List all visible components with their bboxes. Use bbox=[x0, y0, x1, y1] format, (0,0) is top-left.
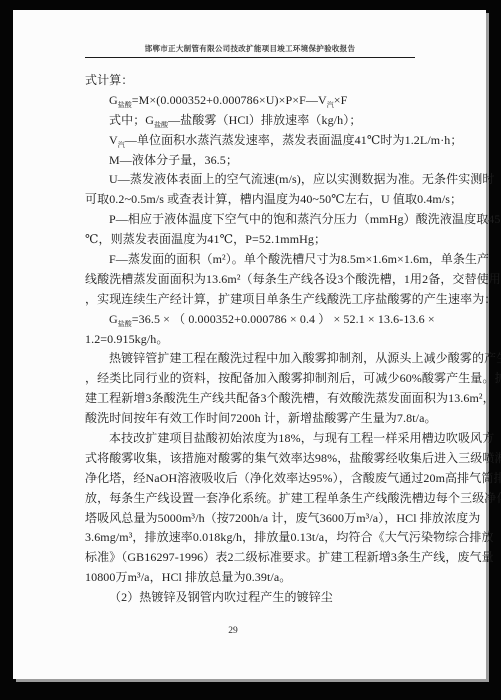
text-run: 放，每条生产线设置一套净化系统。扩建工程单条生产线酸洗槽边每个三级净化 bbox=[85, 491, 501, 505]
text-line: 酸洗时间按年有效工作时间7200h 计，新增盐酸雾产生量为7.8t/a。 bbox=[85, 409, 459, 429]
page-number: 29 bbox=[203, 626, 263, 636]
text-run: 本技改扩建项目盐酸初始浓度为18%，与现有工程一样采用槽边吹吸风方 bbox=[109, 431, 494, 445]
text-line: 线酸洗槽蒸发面面积为13.6m²（每条生产线各设3个酸洗槽，1用2备，交替使用 bbox=[85, 270, 459, 290]
text-line: P—相应于液体温度下空气中的饱和蒸汽分压力（mmHg）酸洗液温度取45 bbox=[85, 210, 459, 230]
text-run: （2）热镀锌及钢管内吹过程产生的镀锌尘 bbox=[109, 590, 333, 604]
text-run: ℃，则蒸发表面温度为41℃，P=52.1mmHg； bbox=[85, 232, 326, 246]
text-line: 塔吸风总量为5000m³/h（按7200h/a 计，废气3600万m³/a），H… bbox=[85, 509, 459, 529]
text-run: 酸洗时间按年有效工作时间7200h 计，新增盐酸雾产生量为7.8t/a。 bbox=[85, 411, 437, 425]
text-line: G盐酸=M×(0.000352+0.000786×U)×P×F—V汽×F bbox=[85, 91, 459, 111]
text-line: 1.2=0.915kg/h。 bbox=[85, 330, 459, 350]
text-run: M—液体分子量，36.5； bbox=[109, 153, 238, 167]
text-run: 标准》（GB16297-1996）表2二级标准要求。扩建工程新增3条生产线，废气… bbox=[85, 550, 494, 564]
text-line: 式计算： bbox=[85, 71, 459, 91]
text-run: 式中；G bbox=[109, 113, 154, 127]
text-line: 式中；G盐酸—盐酸雾（HCl）排放速率（kg/h）； bbox=[85, 111, 459, 131]
text-line: 建工程新增3条酸洗生产线共配备3个酸洗槽，有效酸洗蒸发面面积为13.6m²， bbox=[85, 389, 459, 409]
text-run: F—蒸发面的面积（m²）。单个酸洗槽尺寸为8.5m×1.6m×1.6m，单条生产 bbox=[109, 252, 489, 266]
text-line: V汽—单位面积水蒸汽蒸发速率，蒸发表面温度41℃时为1.2L/m·h； bbox=[85, 131, 459, 151]
subscript-text: 汽 bbox=[118, 141, 125, 149]
text-line: ，经类比同行业的资料，按配备加入酸雾抑制剂后，可减少60%酸雾产生量。扩 bbox=[85, 369, 459, 389]
text-line: 热镀锌管扩建工程在酸洗过程中加入酸雾抑制剂，从源头上减少酸雾的产生 bbox=[85, 349, 459, 369]
text-run: —盐酸雾（HCl）排放速率（kg/h）； bbox=[168, 113, 361, 127]
text-line: 3.6mg/m³，排放速率0.018kg/h，排放量0.13t/a，均符合《大气… bbox=[85, 528, 459, 548]
text-run: P—相应于液体温度下空气中的饱和蒸汽分压力（mmHg）酸洗液温度取45 bbox=[109, 212, 501, 226]
text-line: M—液体分子量，36.5； bbox=[85, 151, 459, 171]
text-run: 式将酸雾收集，该措施对酸雾的集气效率达98%，盐酸雾经收集后进入三级喷淋 bbox=[85, 451, 501, 465]
text-run: 线酸洗槽蒸发面面积为13.6m²（每条生产线各设3个酸洗槽，1用2备，交替使用 bbox=[85, 272, 501, 286]
text-run: 可取0.2~0.5m/s 或查表计算，槽内温度为40~50℃左右，U 值取0.4… bbox=[85, 192, 462, 206]
text-run: =36.5 × （ 0.000352+0.000786 × 0.4 ） × 52… bbox=[132, 312, 435, 326]
subscript-text: 盐酸 bbox=[118, 320, 132, 328]
header-rule bbox=[85, 57, 415, 58]
text-line: 式将酸雾收集，该措施对酸雾的集气效率达98%，盐酸雾经收集后进入三级喷淋 bbox=[85, 449, 459, 469]
text-line: 10800万m³/a，HCl 排放总量为0.39t/a。 bbox=[85, 568, 459, 588]
text-line: （2）热镀锌及钢管内吹过程产生的镀锌尘 bbox=[85, 588, 459, 608]
text-line: 放，每条生产线设置一套净化系统。扩建工程单条生产线酸洗槽边每个三级净化 bbox=[85, 489, 459, 509]
text-run: —单位面积水蒸汽蒸发速率，蒸发表面温度41℃时为1.2L/m·h； bbox=[125, 133, 463, 147]
text-run: ，经类比同行业的资料，按配备加入酸雾抑制剂后，可减少60%酸雾产生量。扩 bbox=[85, 371, 501, 385]
subscript-text: 盐酸 bbox=[154, 121, 168, 129]
text-line: 可取0.2~0.5m/s 或查表计算，槽内温度为40~50℃左右，U 值取0.4… bbox=[85, 190, 459, 210]
text-run: 塔吸风总量为5000m³/h（按7200h/a 计，废气3600万m³/a），H… bbox=[85, 511, 480, 525]
subscript-text: 汽 bbox=[327, 101, 334, 109]
document-page: 邯郸市正大制管有限公司技改扩能项目竣工环境保护验收报告 式计算：G盐酸=M×(0… bbox=[13, 10, 486, 679]
text-run: 10800万m³/a，HCl 排放总量为0.39t/a。 bbox=[85, 570, 291, 584]
text-run: ×F bbox=[334, 93, 348, 107]
text-run: 1.2=0.915kg/h。 bbox=[85, 332, 169, 346]
text-run: 3.6mg/m³，排放速率0.018kg/h，排放量0.13t/a，均符合《大气… bbox=[85, 530, 494, 544]
text-run: G bbox=[109, 312, 118, 326]
text-run: 净化塔，经NaOH溶液吸收后（净化效率达95%），含酸废气通过20m高排气筒排 bbox=[85, 471, 501, 485]
text-line: 本技改扩建项目盐酸初始浓度为18%，与现有工程一样采用槽边吹吸风方 bbox=[85, 429, 459, 449]
text-run: 建工程新增3条酸洗生产线共配备3个酸洗槽，有效酸洗蒸发面面积为13.6m²， bbox=[85, 391, 495, 405]
text-run: 热镀锌管扩建工程在酸洗过程中加入酸雾抑制剂，从源头上减少酸雾的产生 bbox=[109, 351, 501, 365]
text-line: ，实现连续生产经计算，扩建项目单条生产线酸洗工序盐酸雾的产生速率为： bbox=[85, 290, 459, 310]
text-run: U—蒸发液体表面上的空气流速(m/s)，应以实测数据为准。无条件实测时 bbox=[109, 172, 495, 186]
text-line: 净化塔，经NaOH溶液吸收后（净化效率达95%），含酸废气通过20m高排气筒排 bbox=[85, 469, 459, 489]
page-header-title: 邯郸市正大制管有限公司技改扩能项目竣工环境保护验收报告 bbox=[73, 43, 427, 55]
text-line: U—蒸发液体表面上的空气流速(m/s)，应以实测数据为准。无条件实测时 bbox=[85, 170, 459, 190]
text-line: 标准》（GB16297-1996）表2二级标准要求。扩建工程新增3条生产线，废气… bbox=[85, 548, 459, 568]
text-line: G盐酸=36.5 × （ 0.000352+0.000786 × 0.4 ） ×… bbox=[85, 310, 459, 330]
text-run: G bbox=[109, 93, 118, 107]
text-line: ℃，则蒸发表面温度为41℃，P=52.1mmHg； bbox=[85, 230, 459, 250]
subscript-text: 盐酸 bbox=[118, 101, 132, 109]
text-run: 式计算： bbox=[85, 73, 133, 87]
text-run: ，实现连续生产经计算，扩建项目单条生产线酸洗工序盐酸雾的产生速率为： bbox=[85, 292, 496, 306]
text-line: F—蒸发面的面积（m²）。单个酸洗槽尺寸为8.5m×1.6m×1.6m，单条生产 bbox=[85, 250, 459, 270]
scan-background: 邯郸市正大制管有限公司技改扩能项目竣工环境保护验收报告 式计算：G盐酸=M×(0… bbox=[0, 0, 501, 700]
document-body: 式计算：G盐酸=M×(0.000352+0.000786×U)×P×F—V汽×F… bbox=[85, 71, 459, 608]
text-run: =M×(0.000352+0.000786×U)×P×F—V bbox=[132, 93, 327, 107]
text-run: V bbox=[109, 133, 118, 147]
